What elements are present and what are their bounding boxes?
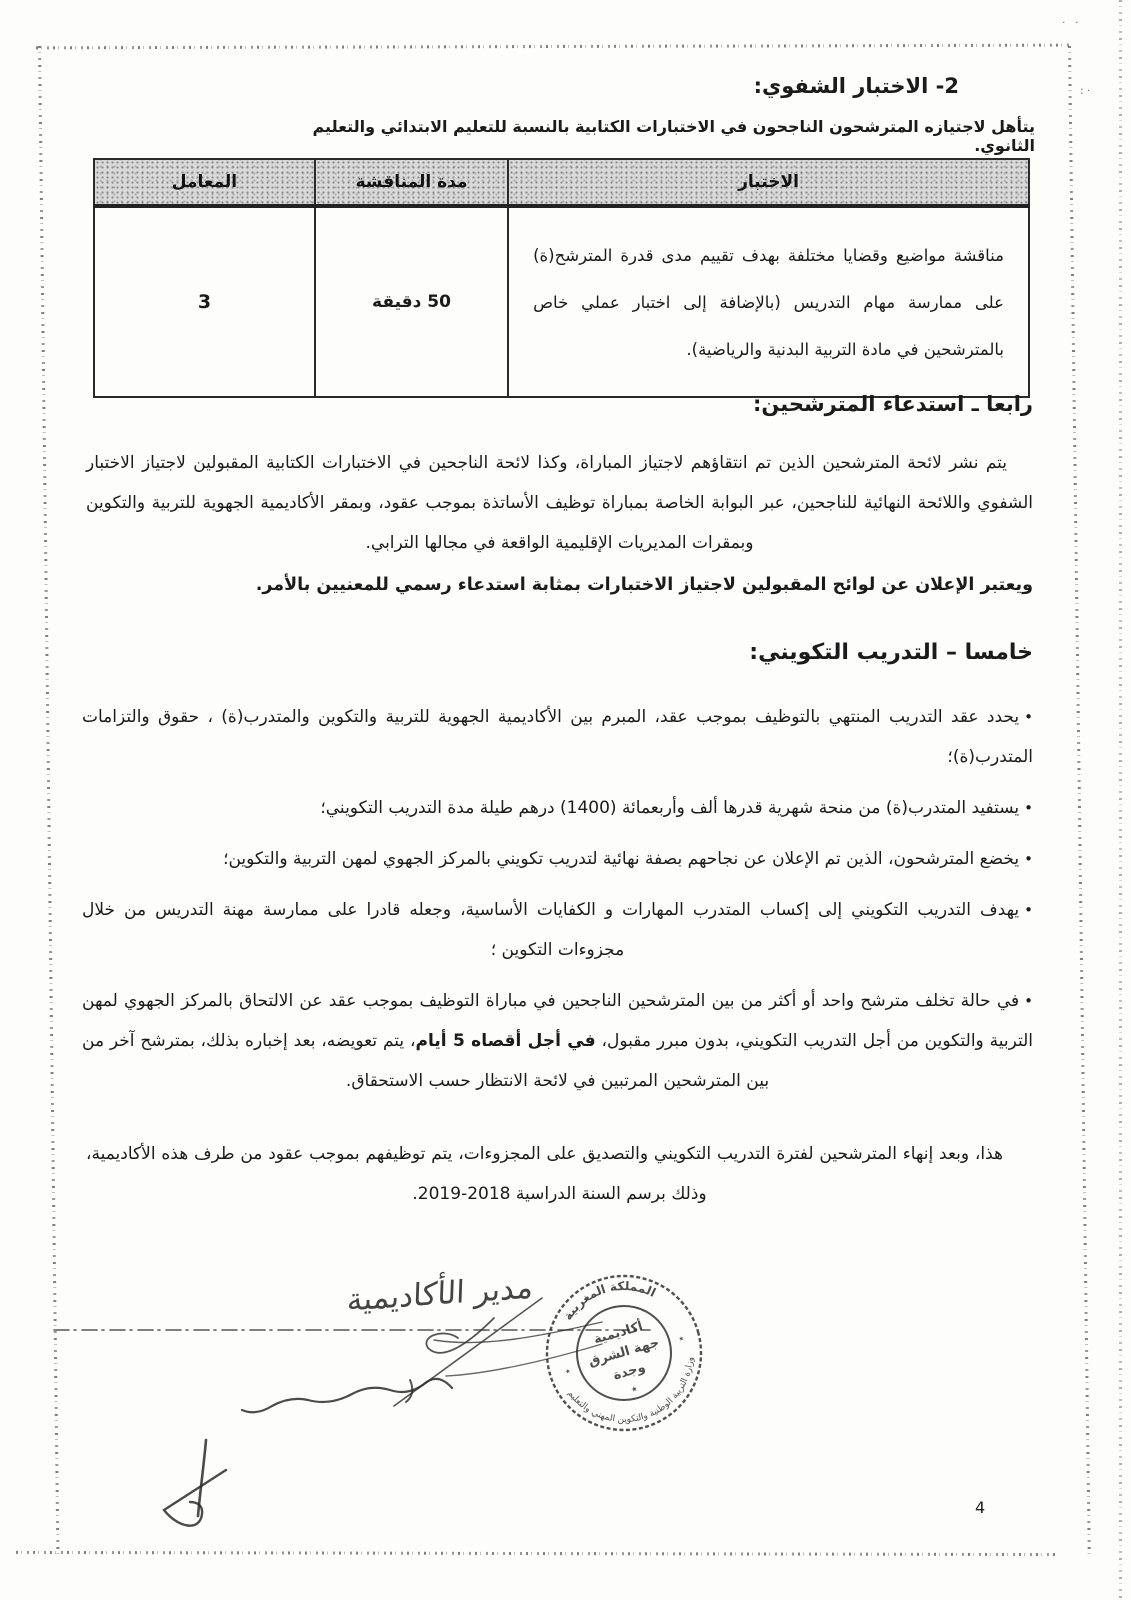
bullet-text: يهدف التدريب التكويني إلى إكساب المتدرب … [82, 900, 1019, 960]
page-number: 4 [975, 1498, 985, 1517]
bullet-marker: • [1024, 850, 1033, 868]
scan-noise-bottom-line [16, 1551, 1056, 1556]
stamp-center-line3: وجدة [612, 1360, 648, 1383]
closing-paragraph: هذا، وبعد إنهاء المترشحين لفترة التدريب … [86, 1134, 1033, 1214]
column-header-coefficient: المعامل [94, 159, 315, 206]
scan-speck-top-right: · · [1062, 16, 1082, 29]
section5-heading: خامسا – التدريب التكويني: [749, 640, 1033, 665]
bullet-marker: • [1024, 901, 1033, 919]
scan-noise-page-edge-line [1119, 0, 1122, 1600]
bullet-text-bold-deadline: في أجل أقصاه 5 أيام [416, 1031, 596, 1051]
column-header-duration: مدة المناقشة [315, 159, 508, 206]
corner-scribble-mark [148, 1436, 248, 1546]
bullet-item-absence-rule: •في حالة تخلف مترشح واحد أو أكثر من بين … [82, 981, 1033, 1101]
cell-exam-description: مناقشة مواضيع وقضايا مختلفة بهدف تقييم م… [508, 206, 1029, 397]
table-row: مناقشة مواضيع وقضايا مختلفة بهدف تقييم م… [94, 206, 1029, 397]
bullet-marker: • [1024, 992, 1033, 1010]
bullet-text: يخضع المترشحون، الذين تم الإعلان عن نجاح… [223, 849, 1019, 869]
stamp-side-star-right: ٭ [677, 1333, 686, 1345]
bullet-marker: • [1024, 799, 1033, 817]
section4-bold-note: ويعتبر الإعلان عن لوائح المقبولين لاجتيا… [86, 575, 1033, 595]
bullet-marker: • [1024, 708, 1033, 726]
section4-heading: رابعا ـ استدعاء المترشحين: [753, 392, 1033, 416]
section4-paragraph: يتم نشر لائحة المترشحين الذين تم انتقاؤه… [86, 443, 1033, 563]
bullet-text: يستفيد المتدرب(ة) من منحة شهرية قدرها أل… [320, 798, 1019, 818]
oral-exam-table: الاختبار مدة المناقشة المعامل مناقشة موا… [93, 158, 1030, 398]
column-header-exam: الاختبار [508, 159, 1029, 206]
bullet-item-contract: •يحدد عقد التدريب المنتهي بالتوظيف بموجب… [82, 697, 1033, 777]
scan-speck-right-margin: ·: [1080, 84, 1093, 97]
oral-exam-subtitle: يتأهل لاجتيازه المترشحون الناجحون في الا… [300, 117, 1035, 155]
table-header-row: الاختبار مدة المناقشة المعامل [94, 159, 1029, 206]
stamp-star: ٭ [629, 1381, 640, 1396]
bullet-item-training-center: •يخضع المترشحون، الذين تم الإعلان عن نجا… [82, 839, 1033, 879]
bullet-text: يحدد عقد التدريب المنتهي بالتوظيف بموجب … [82, 707, 1033, 767]
cell-duration: 50 دقيقة [315, 206, 508, 397]
bullet-item-grant: •يستفيد المتدرب(ة) من منحة شهرية قدرها أ… [82, 788, 1033, 828]
cell-coefficient: 3 [94, 206, 315, 397]
section5-bullet-list: •يحدد عقد التدريب المنتهي بالتوظيف بموجب… [82, 697, 1033, 1112]
scanned-document-page: · · ·: 2- الاختبار الشفوي: يتأهل لاجتياز… [0, 0, 1131, 1600]
stamp-seal: المملكة المغربية وزارة التربية الوطنية و… [541, 1270, 707, 1436]
stamp-side-star-left: ٭ [564, 1365, 573, 1377]
scan-noise-top-line [36, 44, 1072, 50]
bullet-item-training-goal: •يهدف التدريب التكويني إلى إكساب المتدرب… [82, 890, 1033, 970]
oral-exam-heading: 2- الاختبار الشفوي: [754, 74, 959, 98]
scan-noise-right-line [1068, 46, 1091, 1554]
